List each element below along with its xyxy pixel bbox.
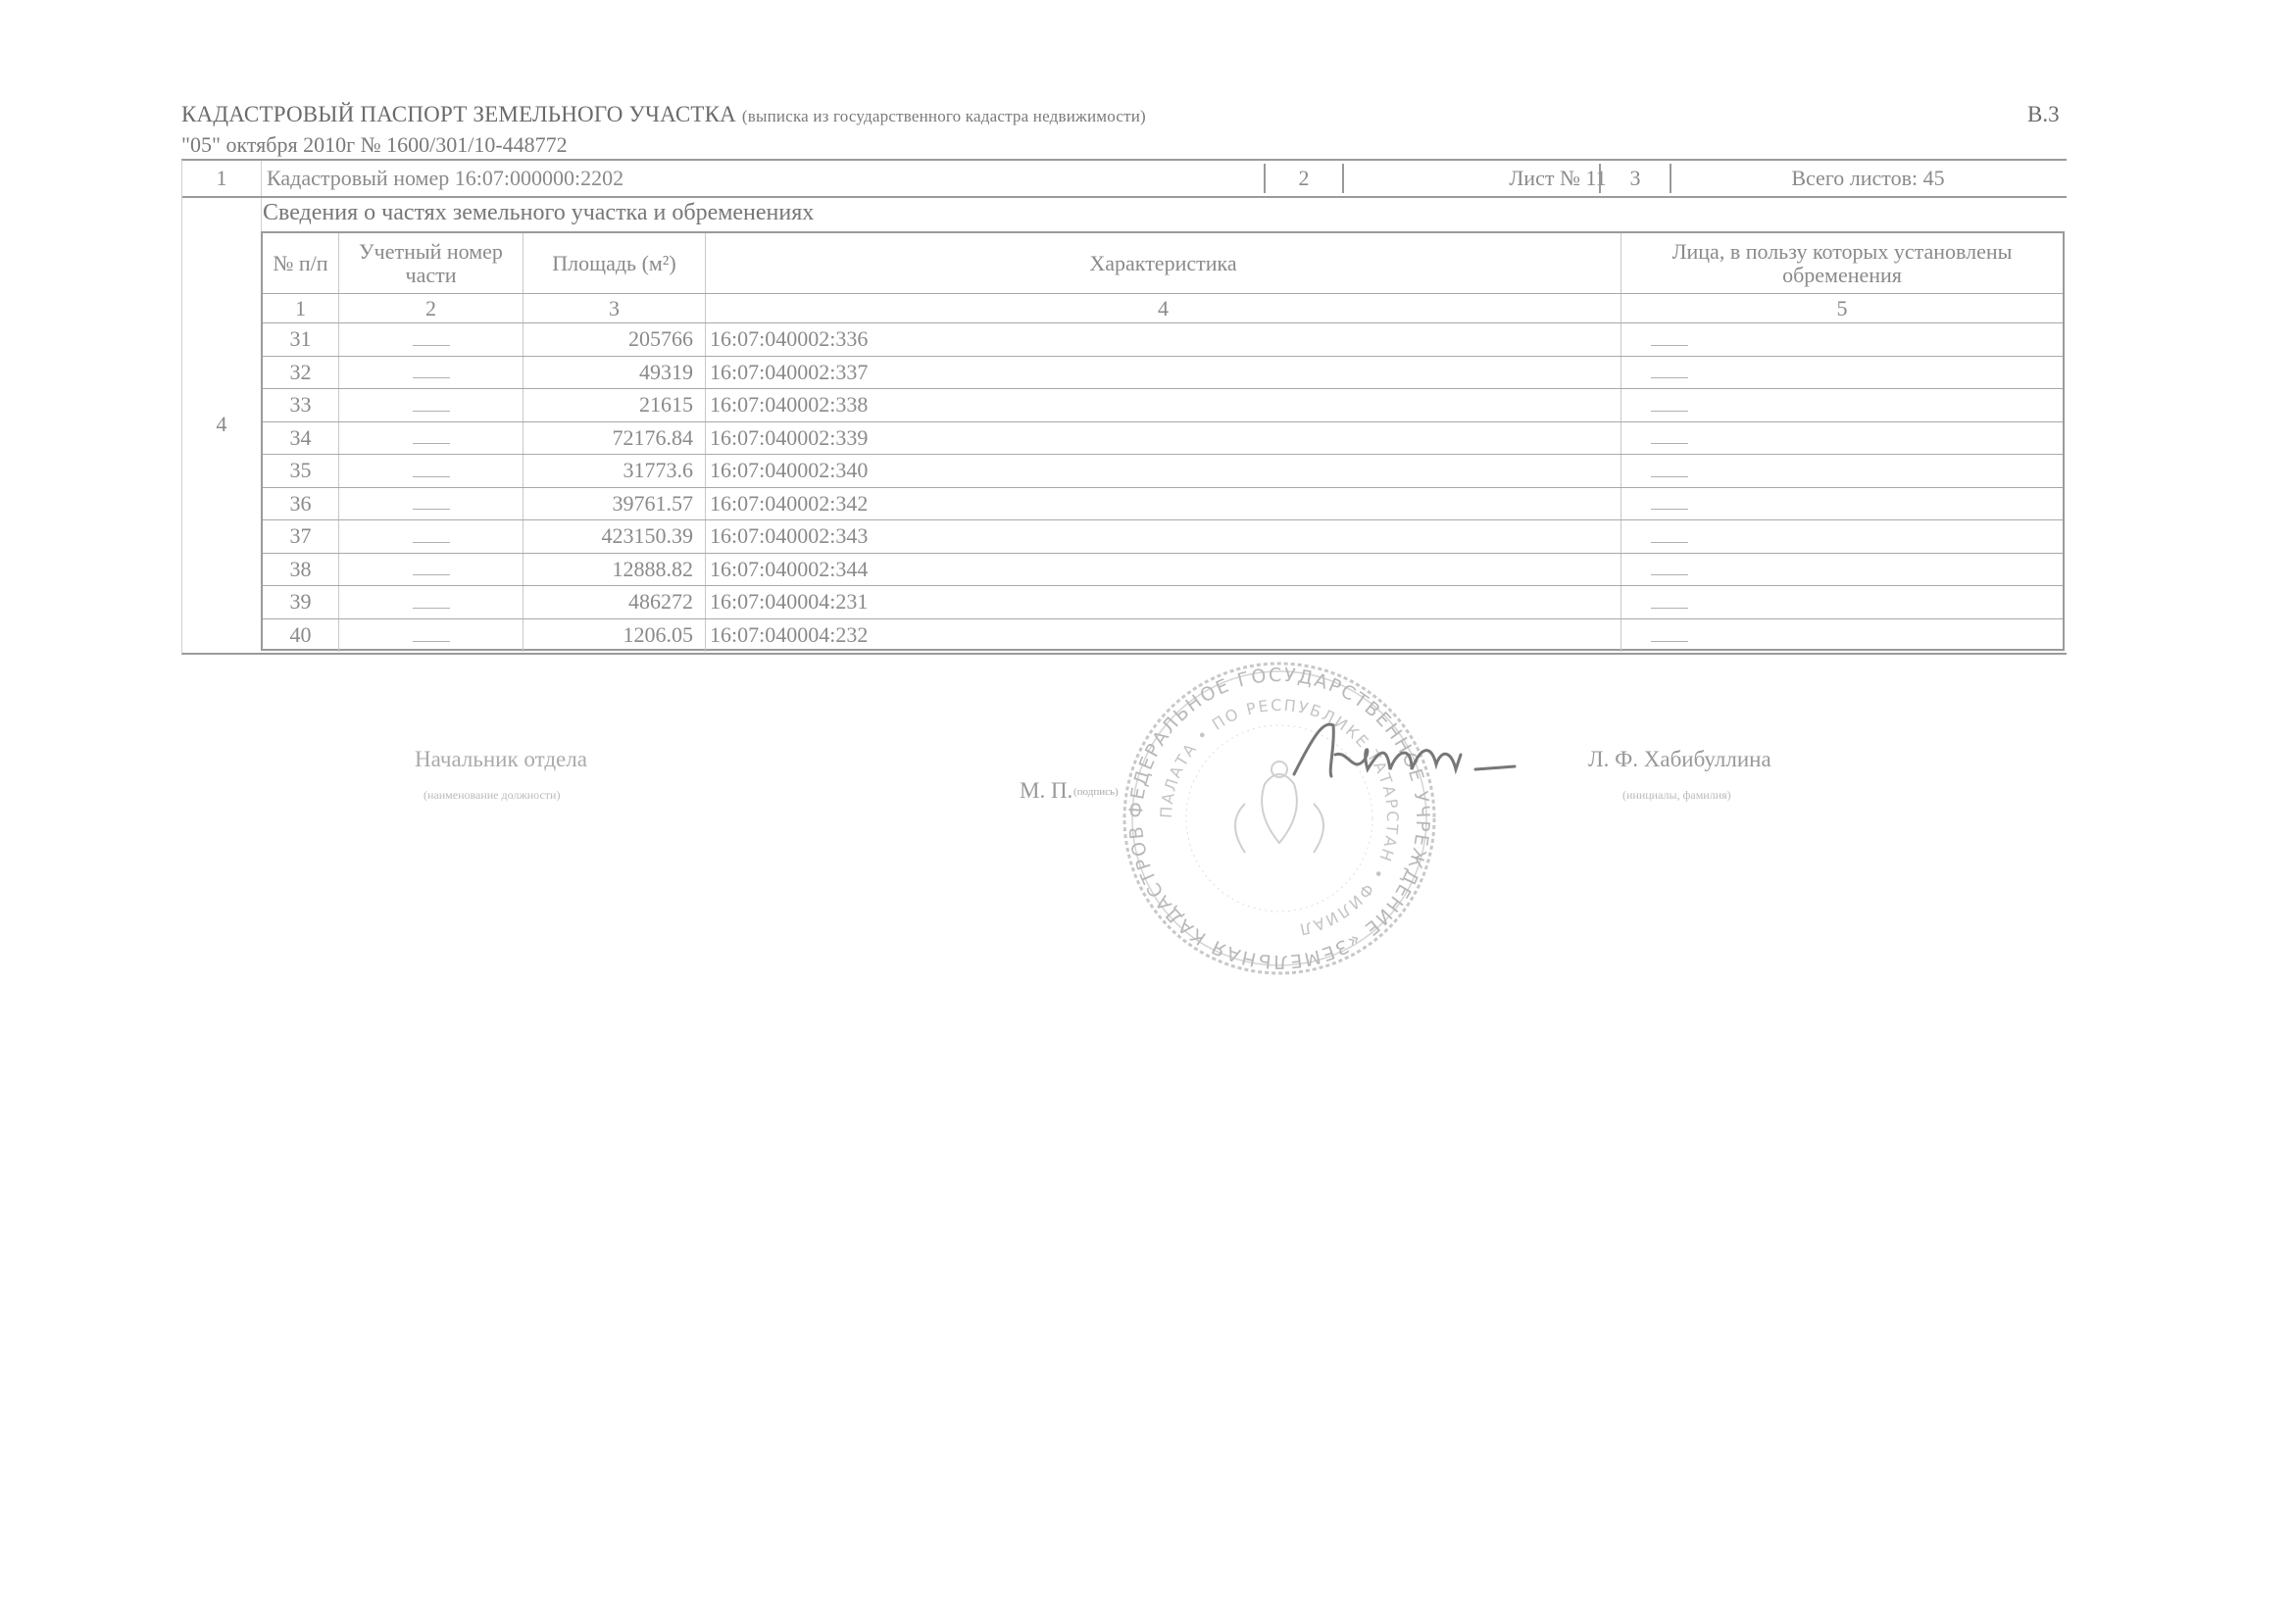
table-row: 3120576616:07:040002:336 — [263, 323, 2063, 357]
part-number — [339, 455, 524, 487]
empty-dash — [1651, 366, 1688, 378]
col-header-characteristic: Характеристика — [706, 233, 1621, 293]
area-value: 31773.6 — [524, 455, 706, 487]
section-title: Сведения о частях земельного участка и о… — [263, 200, 814, 226]
characteristic-value: 16:07:040002:343 — [706, 520, 1621, 553]
title-main: КАДАСТРОВЫЙ ПАСПОРТ ЗЕМЕЛЬНОГО УЧАСТКА — [181, 102, 736, 126]
persons-value — [1621, 488, 2063, 520]
row-number: 1 — [182, 161, 262, 196]
col-number: 2 — [339, 294, 524, 322]
persons-value — [1621, 586, 2063, 618]
empty-dash — [1651, 563, 1688, 575]
persons-value — [1621, 357, 2063, 389]
position-caption: (наименование должности) — [424, 788, 560, 803]
column-numbers-row: 1 2 3 4 5 — [263, 294, 2063, 323]
empty-dash — [1651, 465, 1688, 477]
col-number: 5 — [1621, 294, 2063, 322]
characteristic-value: 16:07:040002:339 — [706, 422, 1621, 455]
empty-dash — [413, 563, 450, 575]
table-row: 324931916:07:040002:337 — [263, 357, 2063, 390]
table-row: 37423150.3916:07:040002:343 — [263, 520, 2063, 554]
form-code: В.3 — [2027, 102, 2060, 127]
empty-dash — [1651, 431, 1688, 444]
col-header-area: Площадь (м²) — [524, 233, 706, 293]
table-row: 3639761.5716:07:040002:342 — [263, 488, 2063, 521]
document-title: КАДАСТРОВЫЙ ПАСПОРТ ЗЕМЕЛЬНОГО УЧАСТКА (… — [181, 102, 1146, 127]
section-number: 4 — [182, 198, 262, 651]
field-number-3: 3 — [1599, 164, 1671, 193]
part-number — [339, 323, 524, 356]
handwritten-signature-icon — [1274, 715, 1529, 794]
empty-dash — [413, 629, 450, 642]
row-index: 40 — [263, 619, 339, 653]
part-number — [339, 357, 524, 389]
passport-table: 1 Кадастровый номер 16:07:000000:2202 2 … — [181, 159, 2067, 655]
col-number: 4 — [706, 294, 1621, 322]
empty-dash — [1651, 333, 1688, 346]
table-row: 3812888.8216:07:040002:344 — [263, 554, 2063, 587]
persons-value — [1621, 554, 2063, 586]
field-number-2: 2 — [1264, 164, 1344, 193]
persons-value — [1621, 422, 2063, 455]
seal-place-label: М. П. — [1020, 778, 1072, 804]
col-header-part: Учетный номер части — [339, 233, 524, 293]
empty-dash — [413, 497, 450, 510]
empty-dash — [1651, 497, 1688, 510]
part-number — [339, 619, 524, 653]
area-value: 72176.84 — [524, 422, 706, 455]
row-index: 31 — [263, 323, 339, 356]
col-header-number: № п/п — [263, 233, 339, 293]
area-value: 39761.57 — [524, 488, 706, 520]
row-index: 37 — [263, 520, 339, 553]
row-index: 33 — [263, 389, 339, 421]
characteristic-value: 16:07:040002:342 — [706, 488, 1621, 520]
area-value: 205766 — [524, 323, 706, 356]
part-number — [339, 422, 524, 455]
row-index: 35 — [263, 455, 339, 487]
part-number — [339, 586, 524, 618]
table-header-row: № п/п Учетный номер части Площадь (м²) Х… — [263, 233, 2063, 294]
persons-value — [1621, 619, 2063, 653]
empty-dash — [413, 530, 450, 543]
part-number — [339, 389, 524, 421]
empty-dash — [413, 465, 450, 477]
table-row: 332161516:07:040002:338 — [263, 389, 2063, 422]
empty-dash — [413, 366, 450, 378]
date-number-line: "05" октября 2010г № 1600/301/10-448772 — [181, 132, 568, 158]
persons-value — [1621, 389, 2063, 421]
empty-dash — [1651, 399, 1688, 412]
row-index: 36 — [263, 488, 339, 520]
area-value: 1206.05 — [524, 619, 706, 653]
col-number: 1 — [263, 294, 339, 322]
empty-dash — [1651, 530, 1688, 543]
characteristic-value: 16:07:040002:336 — [706, 323, 1621, 356]
signatory-position: Начальник отдела — [415, 747, 587, 772]
empty-dash — [413, 596, 450, 609]
title-subtitle: (выписка из государственного кадастра не… — [742, 107, 1146, 125]
area-value: 423150.39 — [524, 520, 706, 553]
characteristic-value: 16:07:040002:344 — [706, 554, 1621, 586]
part-number — [339, 488, 524, 520]
row-index: 34 — [263, 422, 339, 455]
area-value: 49319 — [524, 357, 706, 389]
col-header-persons: Лица, в пользу которых установлены обрем… — [1621, 233, 2063, 293]
col-number: 3 — [524, 294, 706, 322]
total-sheets: Всего листов: 45 — [1670, 161, 2067, 196]
empty-dash — [413, 333, 450, 346]
persons-value — [1621, 455, 2063, 487]
table-row: 3948627216:07:040004:231 — [263, 586, 2063, 619]
cadastral-number: Кадастровый номер 16:07:000000:2202 — [261, 161, 1345, 196]
persons-value — [1621, 520, 2063, 553]
header-row: 1 Кадастровый номер 16:07:000000:2202 2 … — [182, 161, 2067, 198]
characteristic-value: 16:07:040002:337 — [706, 357, 1621, 389]
signatory-name: Л. Ф. Хабибуллина — [1588, 747, 1771, 772]
characteristic-value: 16:07:040002:338 — [706, 389, 1621, 421]
empty-dash — [1651, 629, 1688, 642]
characteristic-value: 16:07:040002:340 — [706, 455, 1621, 487]
empty-dash — [1651, 596, 1688, 609]
empty-dash — [413, 399, 450, 412]
parts-table: № п/п Учетный номер части Площадь (м²) Х… — [261, 231, 2065, 651]
part-number — [339, 554, 524, 586]
persons-value — [1621, 323, 2063, 356]
row-index: 38 — [263, 554, 339, 586]
signature-caption: (подпись) — [1073, 786, 1119, 798]
row-index: 32 — [263, 357, 339, 389]
area-value: 21615 — [524, 389, 706, 421]
characteristic-value: 16:07:040004:231 — [706, 586, 1621, 618]
part-number — [339, 520, 524, 553]
row-index: 39 — [263, 586, 339, 618]
area-value: 12888.82 — [524, 554, 706, 586]
empty-dash — [413, 431, 450, 444]
table-row: 3531773.616:07:040002:340 — [263, 455, 2063, 488]
official-stamp-icon: ФЕДЕРАЛЬНОЕ ГОСУДАРСТВЕННОЕ УЧРЕЖДЕНИЕ «… — [1118, 647, 1441, 990]
table-row: 3472176.8416:07:040002:339 — [263, 422, 2063, 456]
name-caption: (инициалы, фамилия) — [1622, 788, 1731, 803]
area-value: 486272 — [524, 586, 706, 618]
